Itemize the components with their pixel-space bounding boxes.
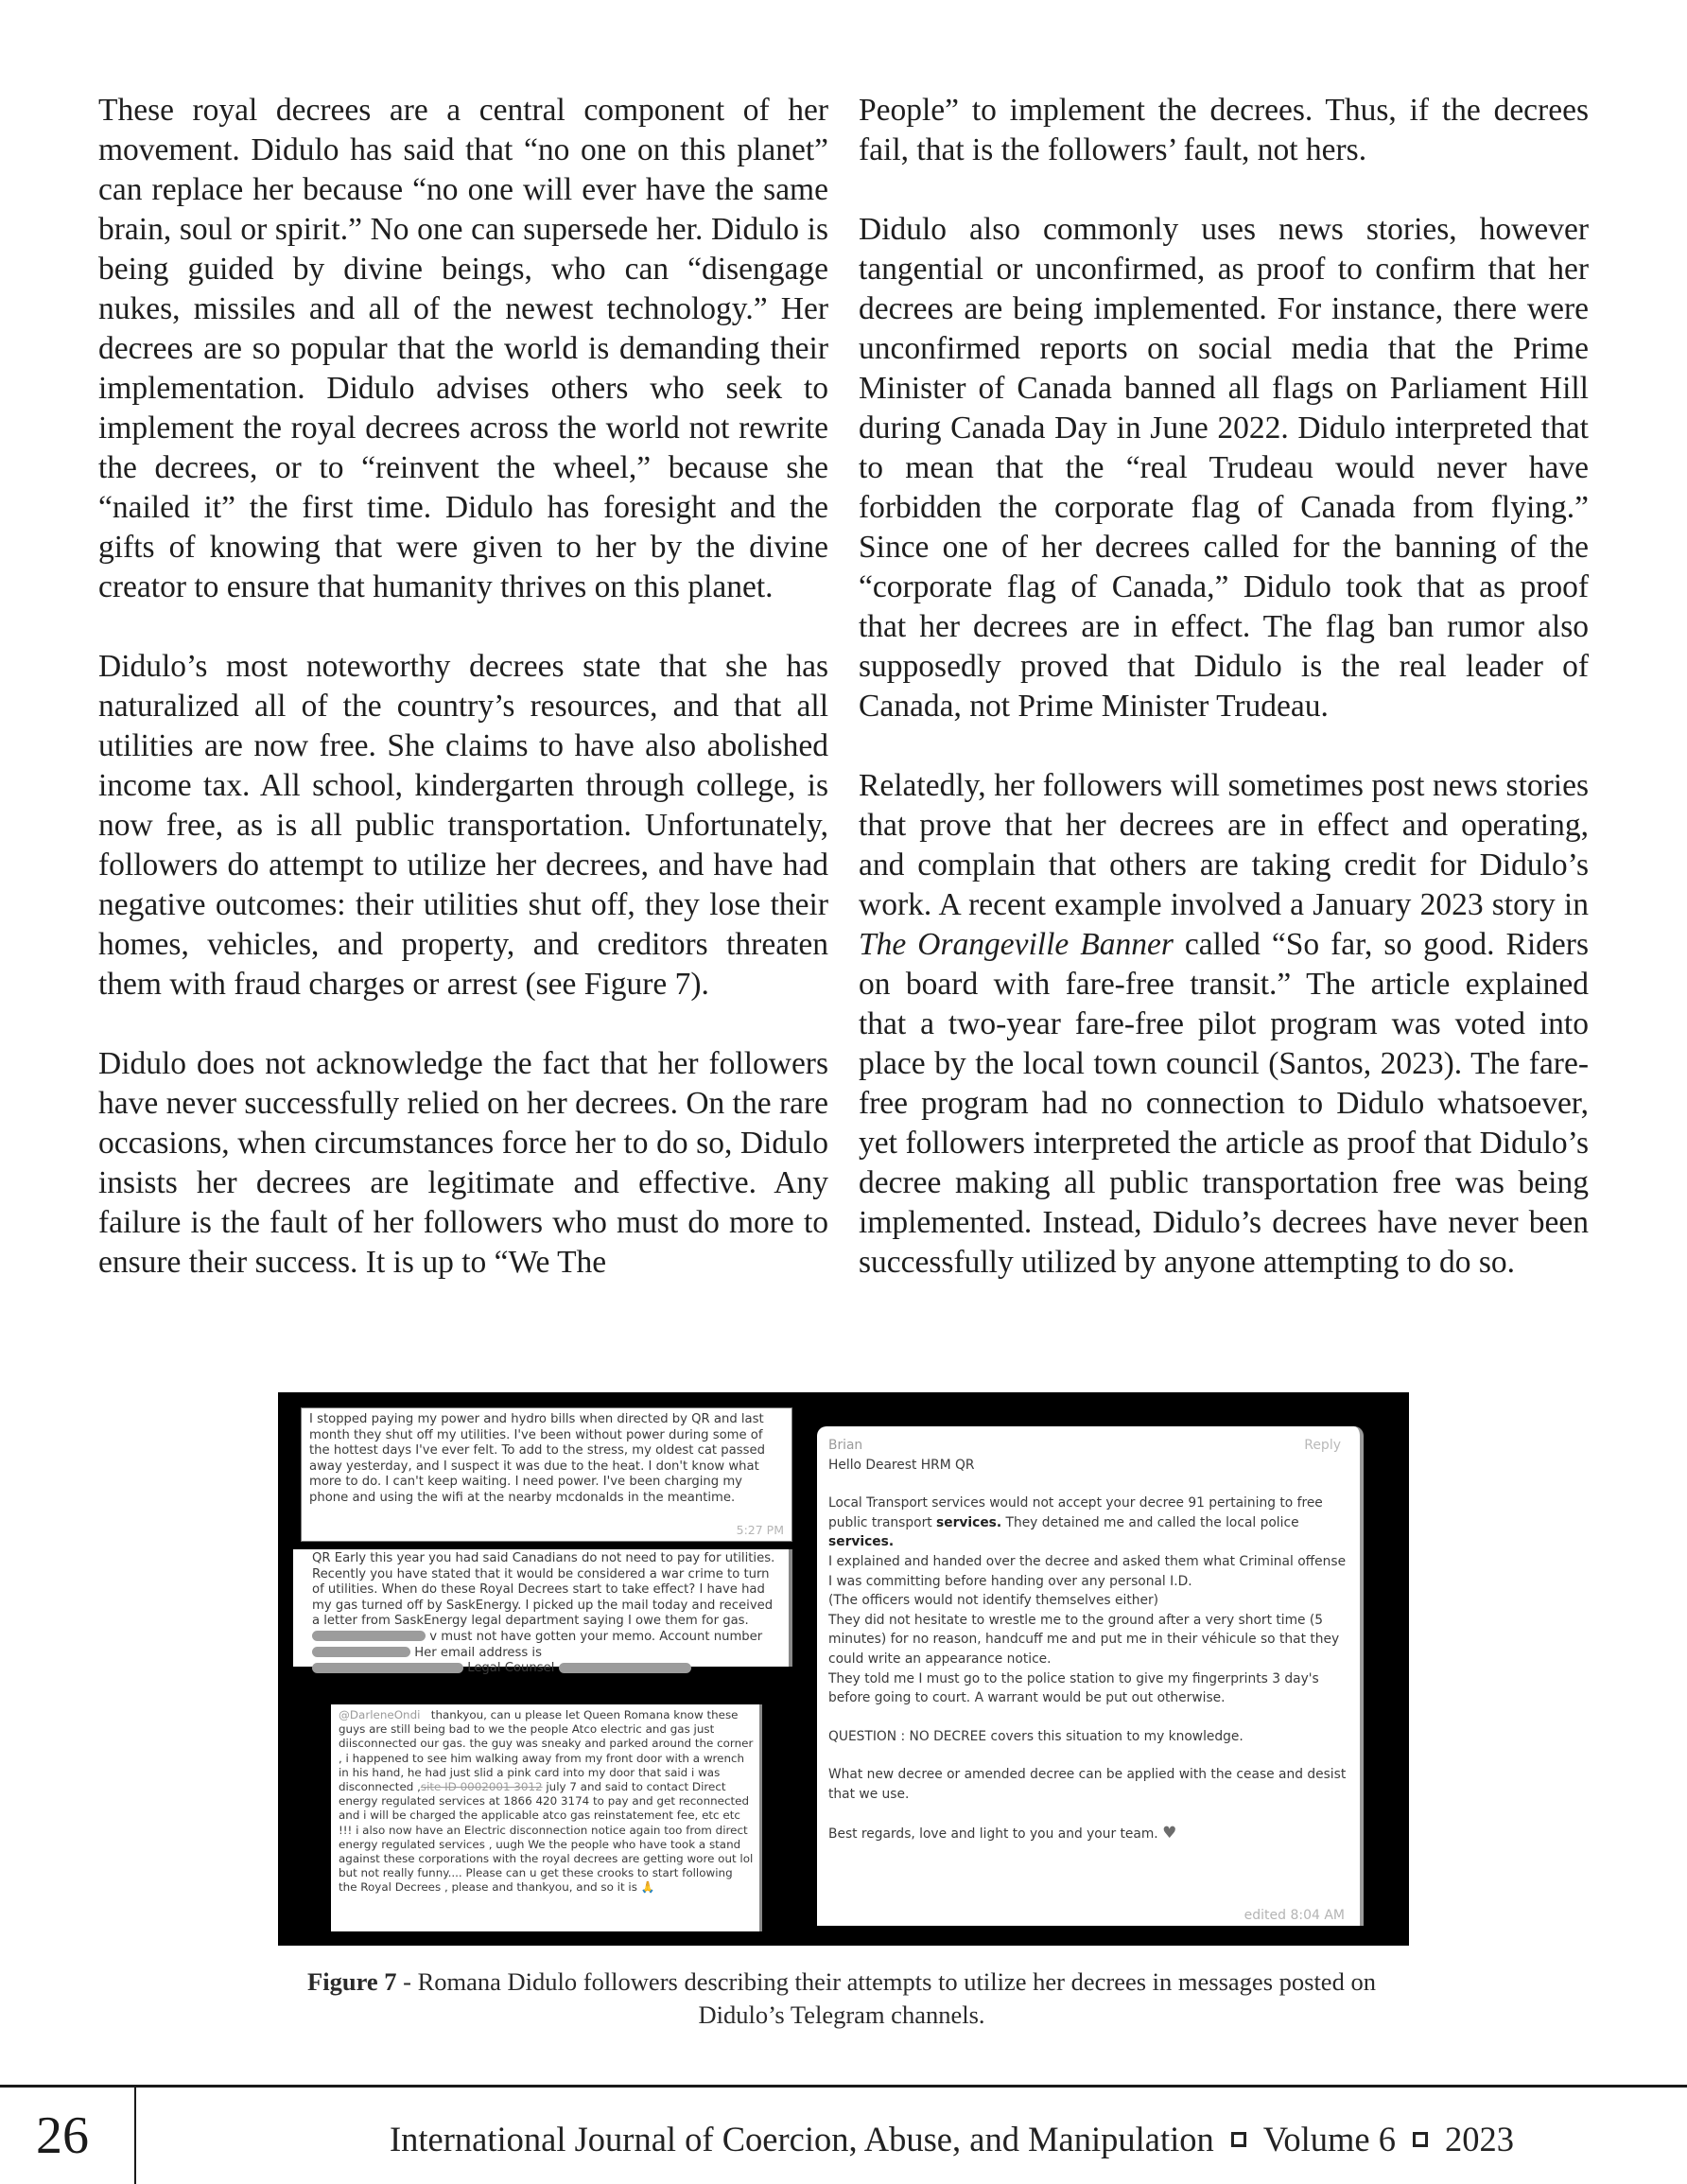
figure-telegram-screenshots: I stopped paying my power and hydro bill… <box>278 1392 1409 1946</box>
message-line: I explained and handed over the decree a… <box>828 1552 1347 1591</box>
figure-label: Figure 7 <box>307 1967 396 1996</box>
redaction <box>559 1663 691 1673</box>
sender-name: Brian <box>828 1436 1347 1456</box>
square-bullet-icon <box>1413 2132 1428 2147</box>
message-line: Local Transport services would not accep… <box>828 1494 1347 1552</box>
year: 2023 <box>1445 2120 1514 2158</box>
message-time: 5:27 PM <box>737 1523 784 1539</box>
figure-caption: Figure 7 - Romana Didulo followers descr… <box>274 1966 1409 2032</box>
message-text: @DarleneOndi thankyou, can u please let … <box>339 1708 754 1896</box>
heart-icon: ♥ <box>1162 1824 1176 1843</box>
message-time: edited 8:04 AM <box>1244 1906 1345 1926</box>
paragraph: Relatedly, her followers will sometimes … <box>859 766 1589 1283</box>
message-line: They did not hesitate to wrestle me to t… <box>828 1611 1347 1669</box>
redaction <box>312 1647 410 1657</box>
message-bubble: QR Early this year you had said Canadian… <box>293 1549 792 1667</box>
journal-footer: International Journal of Coercion, Abuse… <box>390 2119 1514 2160</box>
journal-title: International Journal of Coercion, Abuse… <box>390 2120 1214 2158</box>
paragraph: Didulo does not acknowledge the fact tha… <box>98 1044 828 1283</box>
left-column: These royal decrees are a central compon… <box>98 91 828 1283</box>
redaction <box>312 1663 463 1673</box>
message-line: What new decree or amended decree can be… <box>828 1765 1347 1804</box>
message-bubble: @DarleneOndi thankyou, can u please let … <box>331 1704 762 1931</box>
square-bullet-icon <box>1231 2132 1246 2147</box>
praying-hands-icon: 🙏 <box>641 1880 655 1894</box>
message-line: Best regards, love and light to you and … <box>828 1824 1347 1844</box>
volume: Volume 6 <box>1263 2120 1396 2158</box>
message-line: QUESTION : NO DECREE covers this situati… <box>828 1727 1347 1747</box>
message-bubble: Brian Reply Hello Dearest HRM QR Local T… <box>817 1426 1364 1926</box>
greeting: Hello Dearest HRM QR <box>828 1456 1347 1476</box>
message-line: (The officers would not identify themsel… <box>828 1591 1347 1611</box>
right-column: People” to implement the decrees. Thus, … <box>859 91 1589 1283</box>
reply-button: Reply <box>1304 1436 1341 1456</box>
paragraph: Didulo’s most noteworthy decrees state t… <box>98 647 828 1005</box>
message-line: They told me I must go to the police sta… <box>828 1669 1347 1708</box>
page-number: 26 <box>36 2107 89 2164</box>
paragraph: Didulo also commonly uses news stories, … <box>859 210 1589 726</box>
footer-divider <box>0 2085 1687 2088</box>
message-text: QR Early this year you had said Canadian… <box>312 1551 781 1677</box>
footer-vertical-divider <box>134 2088 136 2184</box>
mention: @DarleneOndi <box>339 1708 420 1721</box>
paragraph: These royal decrees are a central compon… <box>98 91 828 607</box>
message-text: I stopped paying my power and hydro bill… <box>309 1412 784 1507</box>
redaction <box>312 1631 426 1641</box>
paragraph: People” to implement the decrees. Thus, … <box>859 91 1589 170</box>
publication-title: The Orangeville Banner <box>859 927 1174 962</box>
message-bubble: I stopped paying my power and hydro bill… <box>301 1407 792 1542</box>
